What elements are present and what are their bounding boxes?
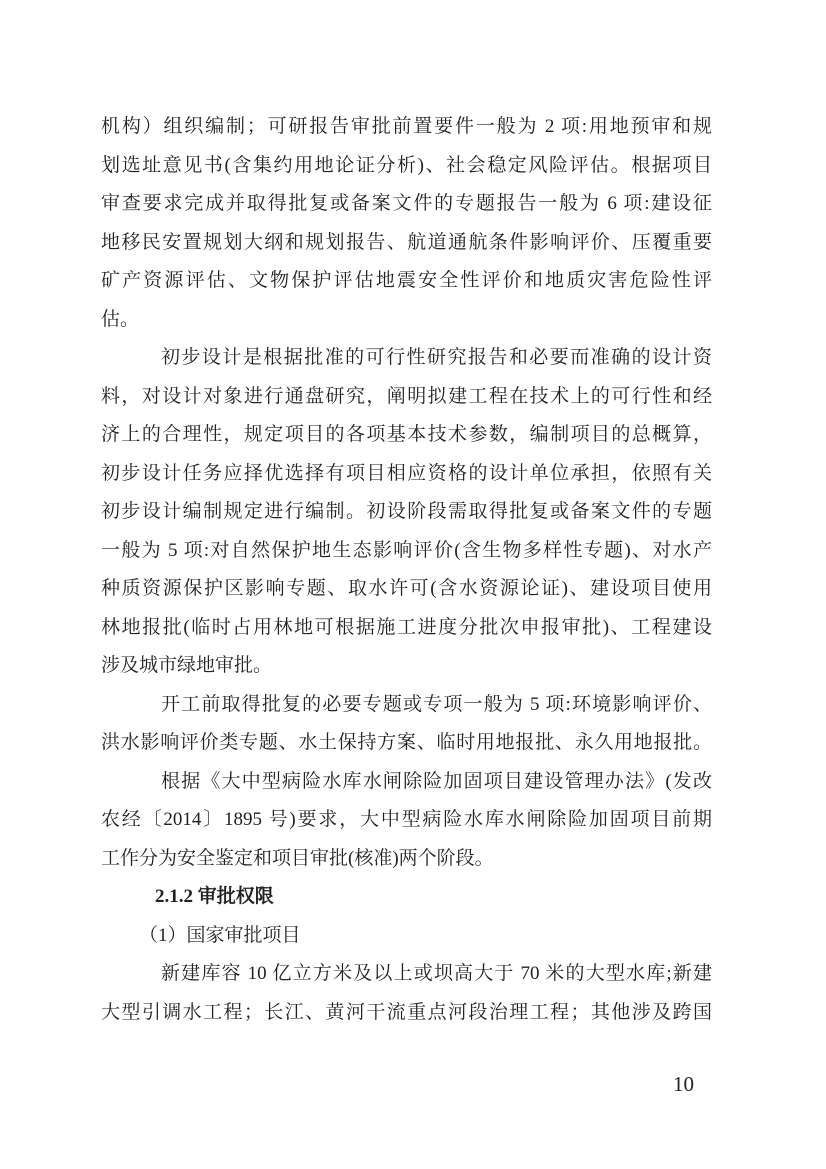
paragraph-national-approval-title: （1）国家审批项目 bbox=[101, 917, 712, 956]
section-heading-approval-authority: 2.1.2 审批权限 bbox=[101, 878, 712, 917]
text-line: 工作分为安全鉴定和项目审批(核准)两个阶段。 bbox=[101, 840, 712, 879]
paragraph-pre-construction-approvals: 开工前取得批复的必要专题或专项一般为 5 项:环境影响评价、 洪水影响评价类专题… bbox=[101, 686, 712, 763]
paragraph-national-approval-scope: 新建库容 10 亿立方米及以上或坝高大于 70 米的大型水库;新建 大型引调水工… bbox=[101, 955, 712, 1032]
text-line: 审查要求完成并取得批复或备案文件的专题报告一般为 6 项:建设征 bbox=[101, 185, 712, 224]
text-line: 机构）组织编制；可研报告审批前置要件一般为 2 项:用地预审和规 bbox=[101, 108, 712, 147]
text-line: 初步设计编制规定进行编制。初设阶段需取得批复或备案文件的专题 bbox=[101, 493, 712, 532]
text-line: 一般为 5 项:对自然保护地生态影响评价(含生物多样性专题)、对水产 bbox=[101, 532, 712, 571]
text-line: 划选址意见书(含集约用地论证分析)、社会稳定风险评估。根据项目 bbox=[101, 147, 712, 186]
text-line: 估。 bbox=[101, 301, 712, 340]
text-line: 涉及城市绿地审批。 bbox=[101, 647, 712, 686]
text-line: 大型引调水工程；长江、黄河干流重点河段治理工程；其他涉及跨国 bbox=[101, 994, 712, 1033]
text-line: 根据《大中型病险水库水闸除险加固项目建设管理办法》(发改 bbox=[101, 763, 712, 802]
text-line: 林地报批(临时占用林地可根据施工进度分批次申报审批)、工程建设 bbox=[101, 609, 712, 648]
text-line: 济上的合理性，规定项目的各项基本技术参数，编制项目的总概算， bbox=[101, 416, 712, 455]
paragraph-preliminary-design: 初步设计是根据批准的可行性研究报告和必要而准确的设计资 料，对设计对象进行通盘研… bbox=[101, 339, 712, 686]
document-page: 机构）组织编制；可研报告审批前置要件一般为 2 项:用地预审和规 划选址意见书(… bbox=[0, 0, 826, 1169]
text-line: 矿产资源评估、文物保护评估地震安全性评价和地质灾害危险性评 bbox=[101, 262, 712, 301]
text-line: 初步设计任务应择优选择有项目相应资格的设计单位承担，依照有关 bbox=[101, 455, 712, 494]
text-line: 种质资源保护区影响专题、取水许可(含水资源论证)、建设项目使用 bbox=[101, 570, 712, 609]
text-line: 料，对设计对象进行通盘研究，阐明拟建工程在技术上的可行性和经 bbox=[101, 378, 712, 417]
text-line: 农经〔2014〕1895 号)要求，大中型病险水库水闸除险加固项目前期 bbox=[101, 801, 712, 840]
paragraph-feasibility-report: 机构）组织编制；可研报告审批前置要件一般为 2 项:用地预审和规 划选址意见书(… bbox=[101, 108, 712, 339]
paragraph-reinforcement-management-measures: 根据《大中型病险水库水闸除险加固项目建设管理办法》(发改 农经〔2014〕189… bbox=[101, 763, 712, 879]
text-line: 初步设计是根据批准的可行性研究报告和必要而准确的设计资 bbox=[101, 339, 712, 378]
text-line: 开工前取得批复的必要专题或专项一般为 5 项:环境影响评价、 bbox=[101, 686, 712, 725]
text-line: 洪水影响评价类专题、水土保持方案、临时用地报批、永久用地报批。 bbox=[101, 724, 712, 763]
text-block: 机构）组织编制；可研报告审批前置要件一般为 2 项:用地预审和规 划选址意见书(… bbox=[101, 108, 712, 1032]
text-line: 新建库容 10 亿立方米及以上或坝高大于 70 米的大型水库;新建 bbox=[101, 955, 712, 994]
text-line: 地移民安置规划大纲和规划报告、航道通航条件影响评价、压覆重要 bbox=[101, 224, 712, 263]
page-number: 10 bbox=[673, 1070, 694, 1098]
